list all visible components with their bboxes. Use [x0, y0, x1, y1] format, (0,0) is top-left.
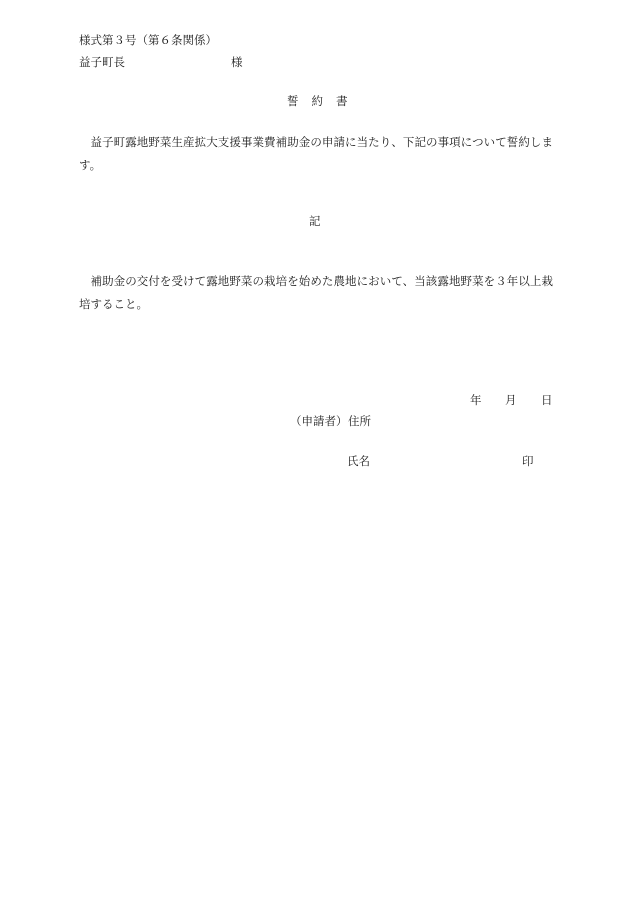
address-label: 住所 — [348, 416, 371, 428]
pledge-paragraph: 補助金の交付を受けて露地野菜の栽培を始めた農地において、当該露地野菜を３年以上栽… — [79, 270, 553, 316]
document-title: 誓約書 — [287, 96, 361, 108]
date-year-label: 年 — [470, 395, 482, 407]
seal-label: 印 — [522, 456, 534, 468]
applicant-role-label: （申請者） — [290, 416, 348, 428]
form-number: 様式第３号（第６条関係） — [79, 35, 217, 47]
date-month-label: 月 — [505, 395, 517, 407]
intro-paragraph: 益子町露地野菜生産拡大支援事業費補助金の申請に当たり、下記の事項について誓約しま… — [79, 131, 553, 177]
date-day-label: 日 — [541, 395, 553, 407]
addressee: 益子町長 — [79, 57, 125, 69]
honorific: 様 — [231, 57, 243, 69]
ki-label: 記 — [309, 216, 321, 228]
name-label: 氏名 — [347, 456, 370, 468]
